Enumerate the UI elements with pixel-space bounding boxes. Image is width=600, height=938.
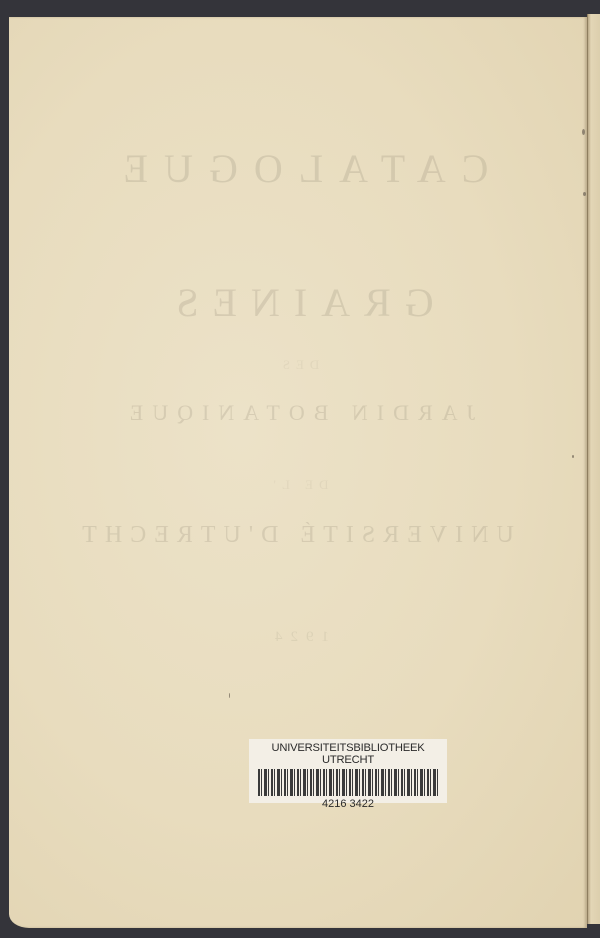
show-through-university: UNIVERSITÉ D'UTRECHT — [5, 522, 583, 549]
barcode-icon — [258, 769, 438, 796]
paper-speck — [582, 129, 585, 135]
adjacent-page-edge — [587, 14, 600, 924]
show-through-garden: JARDIN BOTANIQUE — [9, 400, 587, 426]
show-through-subtitle: GRAINES — [9, 279, 587, 326]
library-name: UNIVERSITEITSBIBLIOTHEEK UTRECHT — [249, 742, 447, 766]
show-through-year: 1924 — [9, 629, 587, 646]
library-barcode-label: UNIVERSITEITSBIBLIOTHEEK UTRECHT 4216 34… — [249, 739, 447, 803]
show-through-connector-2: DE L' — [9, 477, 587, 493]
show-through-title: CATALOGUE — [9, 145, 587, 192]
paper-speck — [572, 455, 574, 458]
paper-speck — [583, 192, 586, 196]
paper-speck — [229, 693, 230, 698]
barcode-number: 4216 3422 — [249, 798, 447, 810]
show-through-connector-1: DES — [9, 357, 587, 373]
